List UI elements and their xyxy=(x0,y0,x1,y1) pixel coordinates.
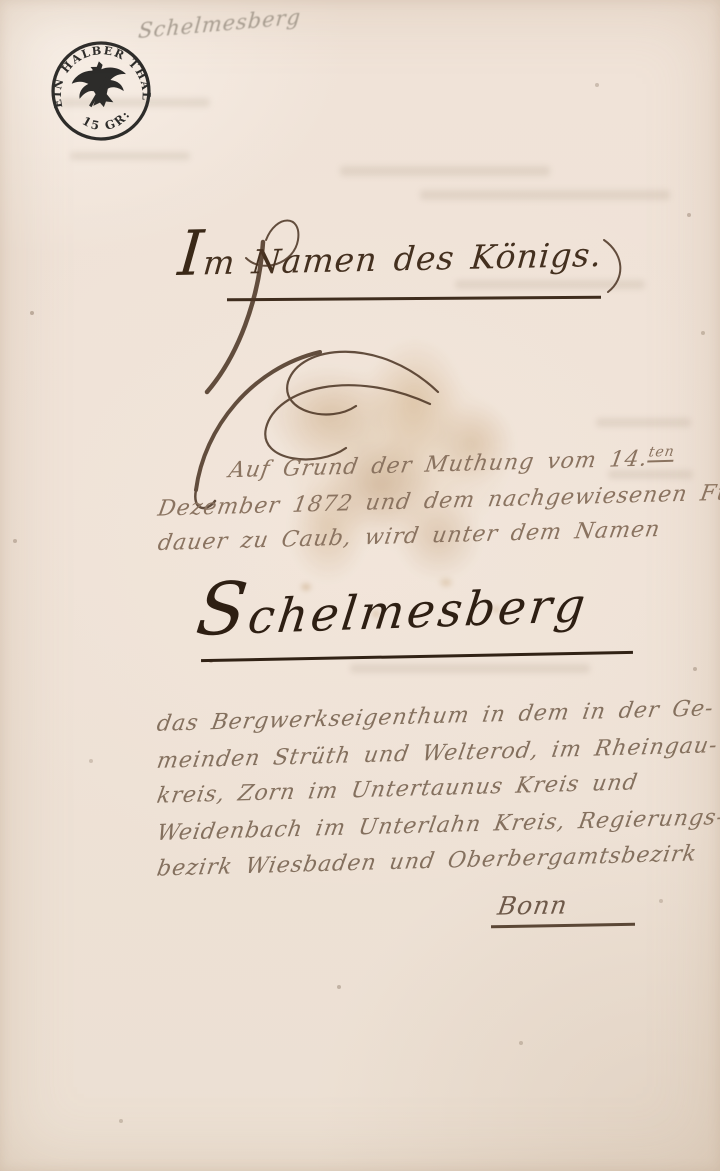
show-through-line xyxy=(350,664,590,673)
paragraph-line: meinden Strüth und Welterod, im Rheingau… xyxy=(155,733,720,774)
document-page: EIN HALBER THALER 15 GR: Schelmesberg Im… xyxy=(0,0,720,1171)
closing-place: Bonn xyxy=(496,890,570,920)
paragraph-line: kreis, Zorn im Untertaunus Kreis und xyxy=(155,770,640,809)
document-heading: Im Namen des Königs. xyxy=(176,225,650,283)
revenue-stamp: EIN HALBER THALER 15 GR: xyxy=(42,32,160,150)
paragraph-line: das Bergwerkseigenthum in dem in der Ge- xyxy=(155,696,716,737)
show-through-line xyxy=(70,152,190,160)
show-through-line xyxy=(455,280,645,289)
paper-speckles xyxy=(0,0,2,2)
show-through-line xyxy=(596,418,691,427)
paragraph-line: Weidenbach im Unterlahn Kreis, Regierung… xyxy=(155,805,720,846)
heading-underline xyxy=(227,296,601,302)
mine-name-underline xyxy=(201,651,633,662)
paragraph-line: bezirk Wiesbaden und Oberbergamtsbezirk xyxy=(155,841,699,881)
intro-line-1-superscript: ten xyxy=(647,444,676,463)
closing-place-underline xyxy=(491,923,635,928)
show-through-line xyxy=(340,166,550,176)
show-through-line xyxy=(420,190,670,200)
pencil-annotation: Schelmesberg xyxy=(137,1,338,43)
